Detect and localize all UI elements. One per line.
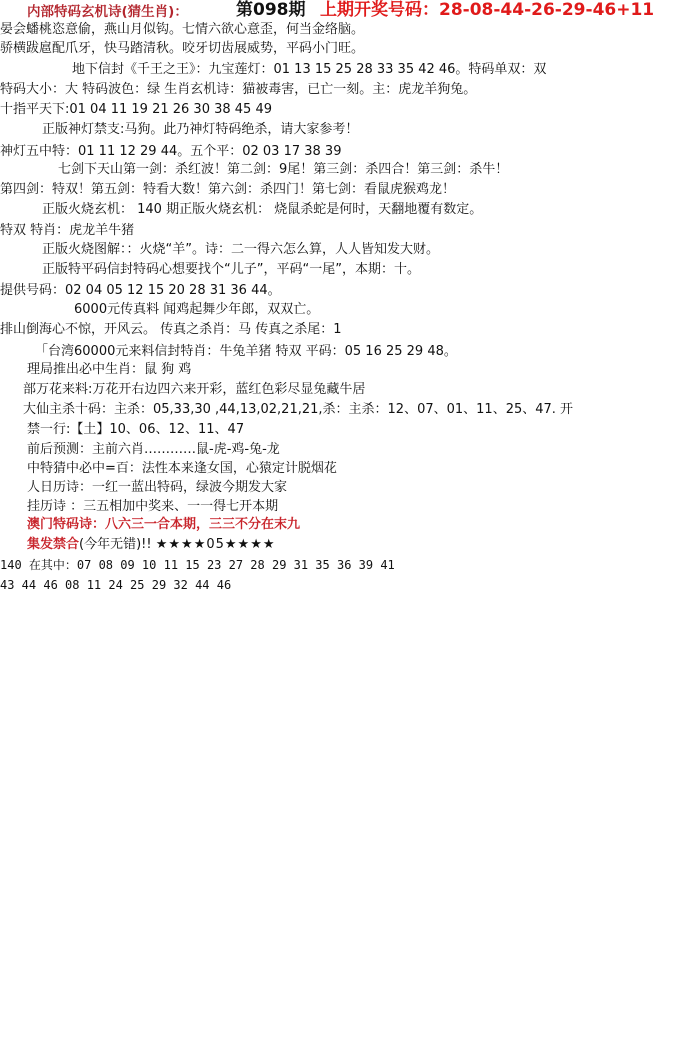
content-line: 6000元传真料 闻鸡起舞少年郎，双双亡。 <box>74 300 319 319</box>
content-line: 人日历诗：一红一蓝出特码，绿波今期发大家 <box>27 478 287 497</box>
content-line: 排山倒海心不惊，开风云。 传真之杀肖：马 传真之杀尾：1 <box>0 320 342 339</box>
content-line: 正版火烧玄机： 140 期正版火烧玄机： 烧鼠杀蛇是何时，天翻地覆有数定。 <box>42 200 482 219</box>
macau-poem-label: 澳门特码诗： <box>27 517 105 532</box>
numbers-line-2: 43 44 46 08 11 24 25 29 32 44 46 <box>0 576 231 595</box>
macau-poem-text: 八六三一合本期，三三不分在末九 <box>105 517 300 532</box>
content-line: 正版火烧图解：：火烧“羊”。诗：二一得六怎么算，人人皆知发大财。 <box>42 240 439 259</box>
content-line: 理局推出必中生肖：鼠 狗 鸡 <box>27 360 191 379</box>
jifa-label: 集发禁合 <box>27 537 79 552</box>
content-line: 「台湾60000元来料信封特肖：牛兔羊猪 特双 平码：05 16 25 29 4… <box>35 342 457 361</box>
issue-number: 第098期 <box>236 0 306 21</box>
content-line: 晏会蟠桃恣意偷，燕山月似钩。七情六欲心意歪，何当金络脑。 <box>0 20 364 39</box>
macau-poem: 澳门特码诗：八六三一合本期，三三不分在末九 <box>27 515 300 534</box>
content-line: 禁一行:【土】10、06、12、11、47 <box>27 420 244 439</box>
jifa-stars: ★★★★05★★★★ <box>156 537 276 552</box>
content-line: 第四剑：特双！第五剑：特看大数！第六剑：杀四门！第七剑：看鼠虎猴鸡龙！ <box>0 180 455 199</box>
previous-draw-numbers: 28-08-44-26-29-46+11 <box>439 0 654 20</box>
content-line: 特双 特肖：虎龙羊牛猪 <box>0 221 134 240</box>
content-line: 部万花来料:万花开右边四六来开彩，蓝红色彩尽显兔藏牛居 <box>23 380 365 399</box>
content-line: 骄横跋扈配爪牙，快马踏清秋。咬牙切齿展威势，平码小门旺。 <box>0 39 364 58</box>
content-line: 正版神灯禁支:马狗。此乃神灯特码绝杀，请大家参考！ <box>42 120 358 139</box>
content-line: 大仙主杀十码：主杀：05,33,30 ,44,13,02,21,21,杀：主杀：… <box>23 400 573 419</box>
previous-draw-label: 上期开奖号码： <box>320 0 439 20</box>
numbers-line-1: 140 在其中：07 08 09 10 11 15 23 27 28 29 31… <box>0 556 395 575</box>
content-line: 地下信封《千王之王》：九宝莲灯：01 13 15 25 28 33 35 42 … <box>72 60 546 79</box>
previous-draw: 上期开奖号码：28-08-44-26-29-46+11 <box>320 0 654 21</box>
content-line: 七剑下天山第一剑：杀红波！第二剑：9尾！第三剑：杀四合！第三剑：杀牛！ <box>58 160 508 179</box>
content-line: 前后预测：主前六肖…………鼠-虎-鸡-兔-龙 <box>27 440 280 459</box>
content-line: 提供号码：02 04 05 12 15 20 28 31 36 44。 <box>0 281 281 300</box>
jifa-line: 集发禁合(今年无错)!! ★★★★05★★★★ <box>27 535 276 554</box>
content-line: 正版特平码信封特码心想要找个“儿子”，平码“一尾”，本期：十。 <box>42 260 420 279</box>
content-line: 中特猜中必中=百：法性本来逢女国，心猿定计脱烟花 <box>27 459 337 478</box>
content-line: 特码大小：大 特码波色：绿 生肖玄机诗：猫被毒害，已亡一刻。主：虎龙羊狗兔。 <box>0 80 476 99</box>
content-line: 十指平天下:01 04 11 19 21 26 30 38 45 49 <box>0 100 272 119</box>
content-line: 挂历诗 ：三五相加中奖来、一一得七开本期 <box>27 497 278 516</box>
content-line: 神灯五中特：01 11 12 29 44。五个平：02 03 17 38 39 <box>0 142 341 161</box>
jifa-note: (今年无错)!! <box>79 537 152 552</box>
